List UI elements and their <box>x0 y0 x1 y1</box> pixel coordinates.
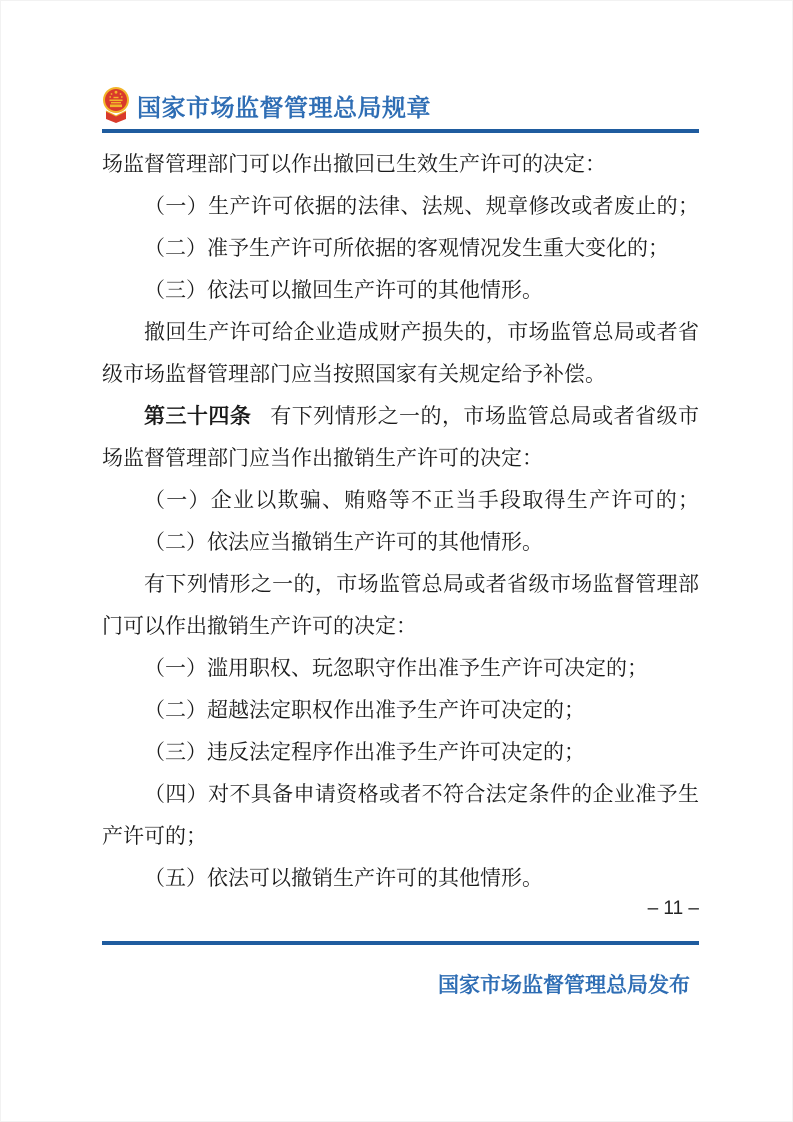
header-divider <box>102 129 699 133</box>
body-line: （二）超越法定职权作出准予生产许可决定的； <box>102 690 699 732</box>
body-line: 撤回生产许可给企业造成财产损失的，市场监管总局或者省 <box>102 312 699 354</box>
document-body: 场监督管理部门可以作出撤回已生效生产许可的决定：（一）生产许可依据的法律、法规、… <box>102 144 699 900</box>
document-page: 国家市场监督管理总局规章 场监督管理部门可以作出撤回已生效生产许可的决定：（一）… <box>0 0 793 1122</box>
body-line: （四）对不具备申请资格或者不符合法定条件的企业准予生 <box>102 774 699 816</box>
body-line: （一）滥用职权、玩忽职守作出准予生产许可决定的； <box>102 648 699 690</box>
body-line: 门可以作出撤销生产许可的决定： <box>102 606 699 648</box>
body-line: （二）准予生产许可所依据的客观情况发生重大变化的； <box>102 228 699 270</box>
body-line: 级市场监督管理部门应当按照国家有关规定给予补偿。 <box>102 354 699 396</box>
body-line: （三）违反法定程序作出准予生产许可决定的； <box>102 732 699 774</box>
body-line: （一）生产许可依据的法律、法规、规章修改或者废止的； <box>102 186 699 228</box>
body-line: 产许可的； <box>102 816 699 858</box>
footer-publisher: 国家市场监督管理总局发布 <box>102 970 690 1002</box>
body-line: （二）依法应当撤销生产许可的其他情形。 <box>102 522 699 564</box>
body-line: 场监督管理部门可以作出撤回已生效生产许可的决定： <box>102 144 699 186</box>
article-number: 第三十四条 <box>144 405 251 428</box>
footer-divider <box>102 941 699 945</box>
body-line: 场监督管理部门应当作出撤销生产许可的决定： <box>102 438 699 480</box>
document-header: 国家市场监督管理总局规章 <box>102 84 699 126</box>
body-line: （三）依法可以撤回生产许可的其他情形。 <box>102 270 699 312</box>
body-line: 有下列情形之一的，市场监管总局或者省级市场监督管理部 <box>102 564 699 606</box>
body-line: （一）企业以欺骗、贿赂等不正当手段取得生产许可的； <box>102 480 699 522</box>
national-emblem-icon <box>102 86 130 124</box>
page-number: – 11 – <box>102 894 699 924</box>
header-title: 国家市场监督管理总局规章 <box>137 88 431 123</box>
body-line: 第三十四条有下列情形之一的，市场监管总局或者省级市 <box>102 396 699 438</box>
